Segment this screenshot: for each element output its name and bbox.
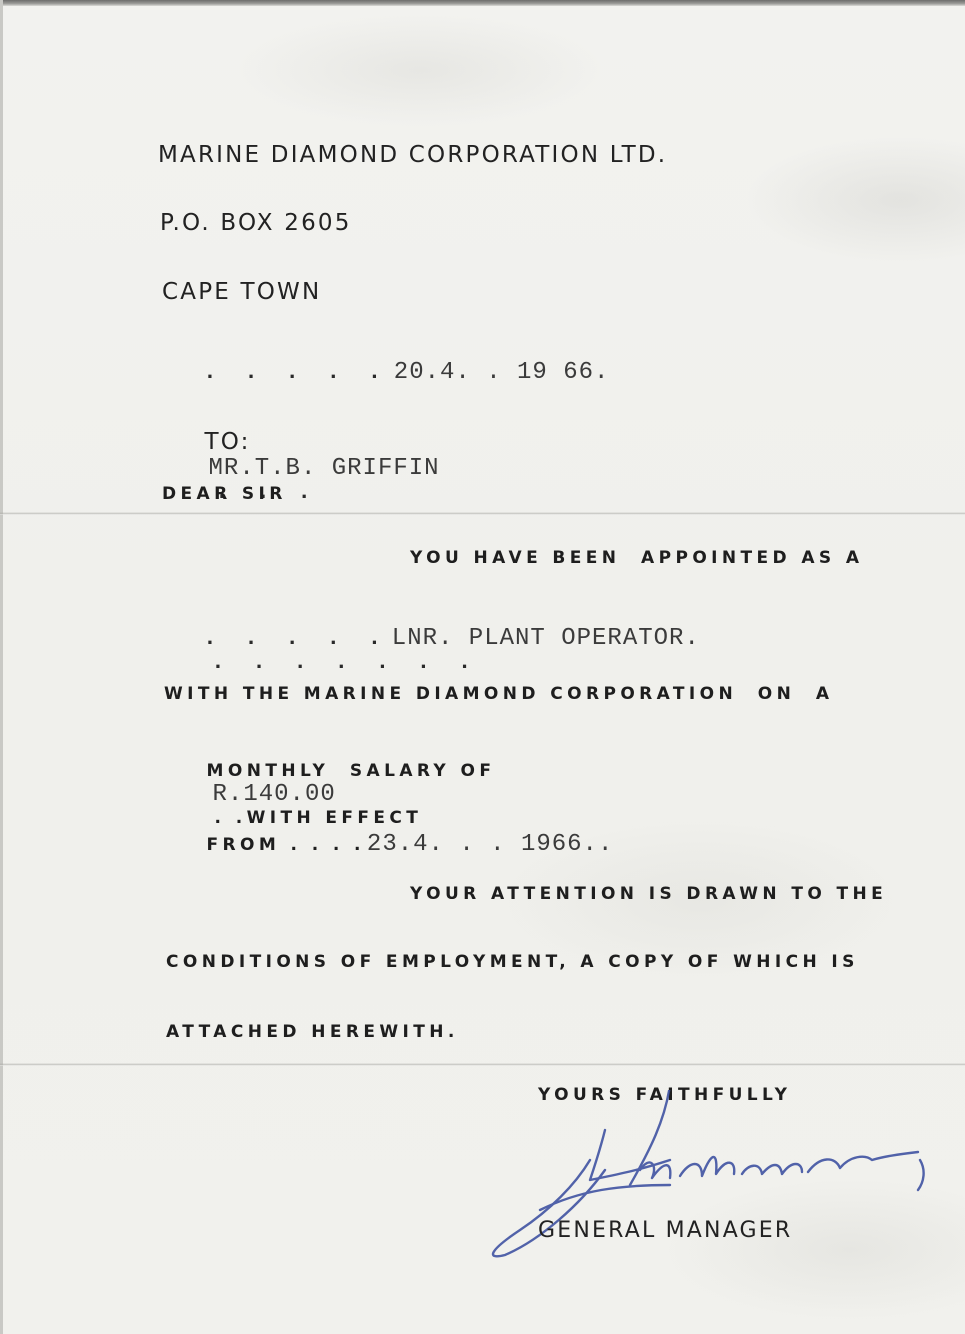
po-box: P.O. BOX 2605	[160, 210, 352, 236]
position-title: LNR. PLANT OPERATOR.	[392, 625, 700, 652]
paper-left-edge	[0, 0, 3, 1334]
letter-paper: MARINE DIAMOND CORPORATION LTD. P.O. BOX…	[0, 0, 965, 1334]
paper-fold-line	[0, 512, 965, 515]
effective-date: 23.4. . . 1966..	[367, 831, 613, 858]
appointment-line: You have been appointed as a	[410, 548, 863, 568]
effective-line: from . . . .23.4. . . 1966..	[164, 812, 613, 877]
city: CAPE TOWN	[162, 279, 321, 305]
position-leader: . . . . .	[207, 628, 392, 649]
signature: J. Richards	[480, 1090, 960, 1290]
salutation: Dear Sir	[162, 484, 287, 504]
position-trailer: . . . . . . .	[215, 652, 482, 673]
company-line: with the Marine Diamond Corporation on a	[164, 684, 833, 704]
company-name: MARINE DIAMOND CORPORATION LTD.	[158, 142, 667, 168]
attention-line: Your attention is drawn to the	[410, 884, 887, 904]
recipient-prefix: TO:	[205, 429, 251, 455]
date-value: 20.4. . 19 66.	[394, 359, 610, 386]
date-line: . . . . .20.4. . 19 66.	[164, 340, 609, 405]
paper-top-edge	[0, 0, 965, 6]
date-leader: . . . . .	[207, 362, 392, 383]
effective-prefix: from . . . .	[207, 835, 365, 855]
conditions-line: Conditions of Employment, a copy of whic…	[166, 952, 859, 972]
paper-fold-line	[0, 1063, 965, 1066]
position-line: . . . . .LNR. PLANT OPERATOR. . . . . . …	[164, 606, 700, 692]
attached-line: attached herewith.	[166, 1022, 459, 1042]
recipient-name: MR.T.B. GRIFFIN	[209, 455, 440, 482]
recipient-line: TO: MR.T.B. GRIFFIN . . .	[162, 410, 440, 522]
salary-amount: R.140.00	[213, 781, 336, 808]
signatory-title: GENERAL MANAGER	[538, 1218, 792, 1243]
salary-prefix: monthly salary of	[207, 761, 496, 781]
